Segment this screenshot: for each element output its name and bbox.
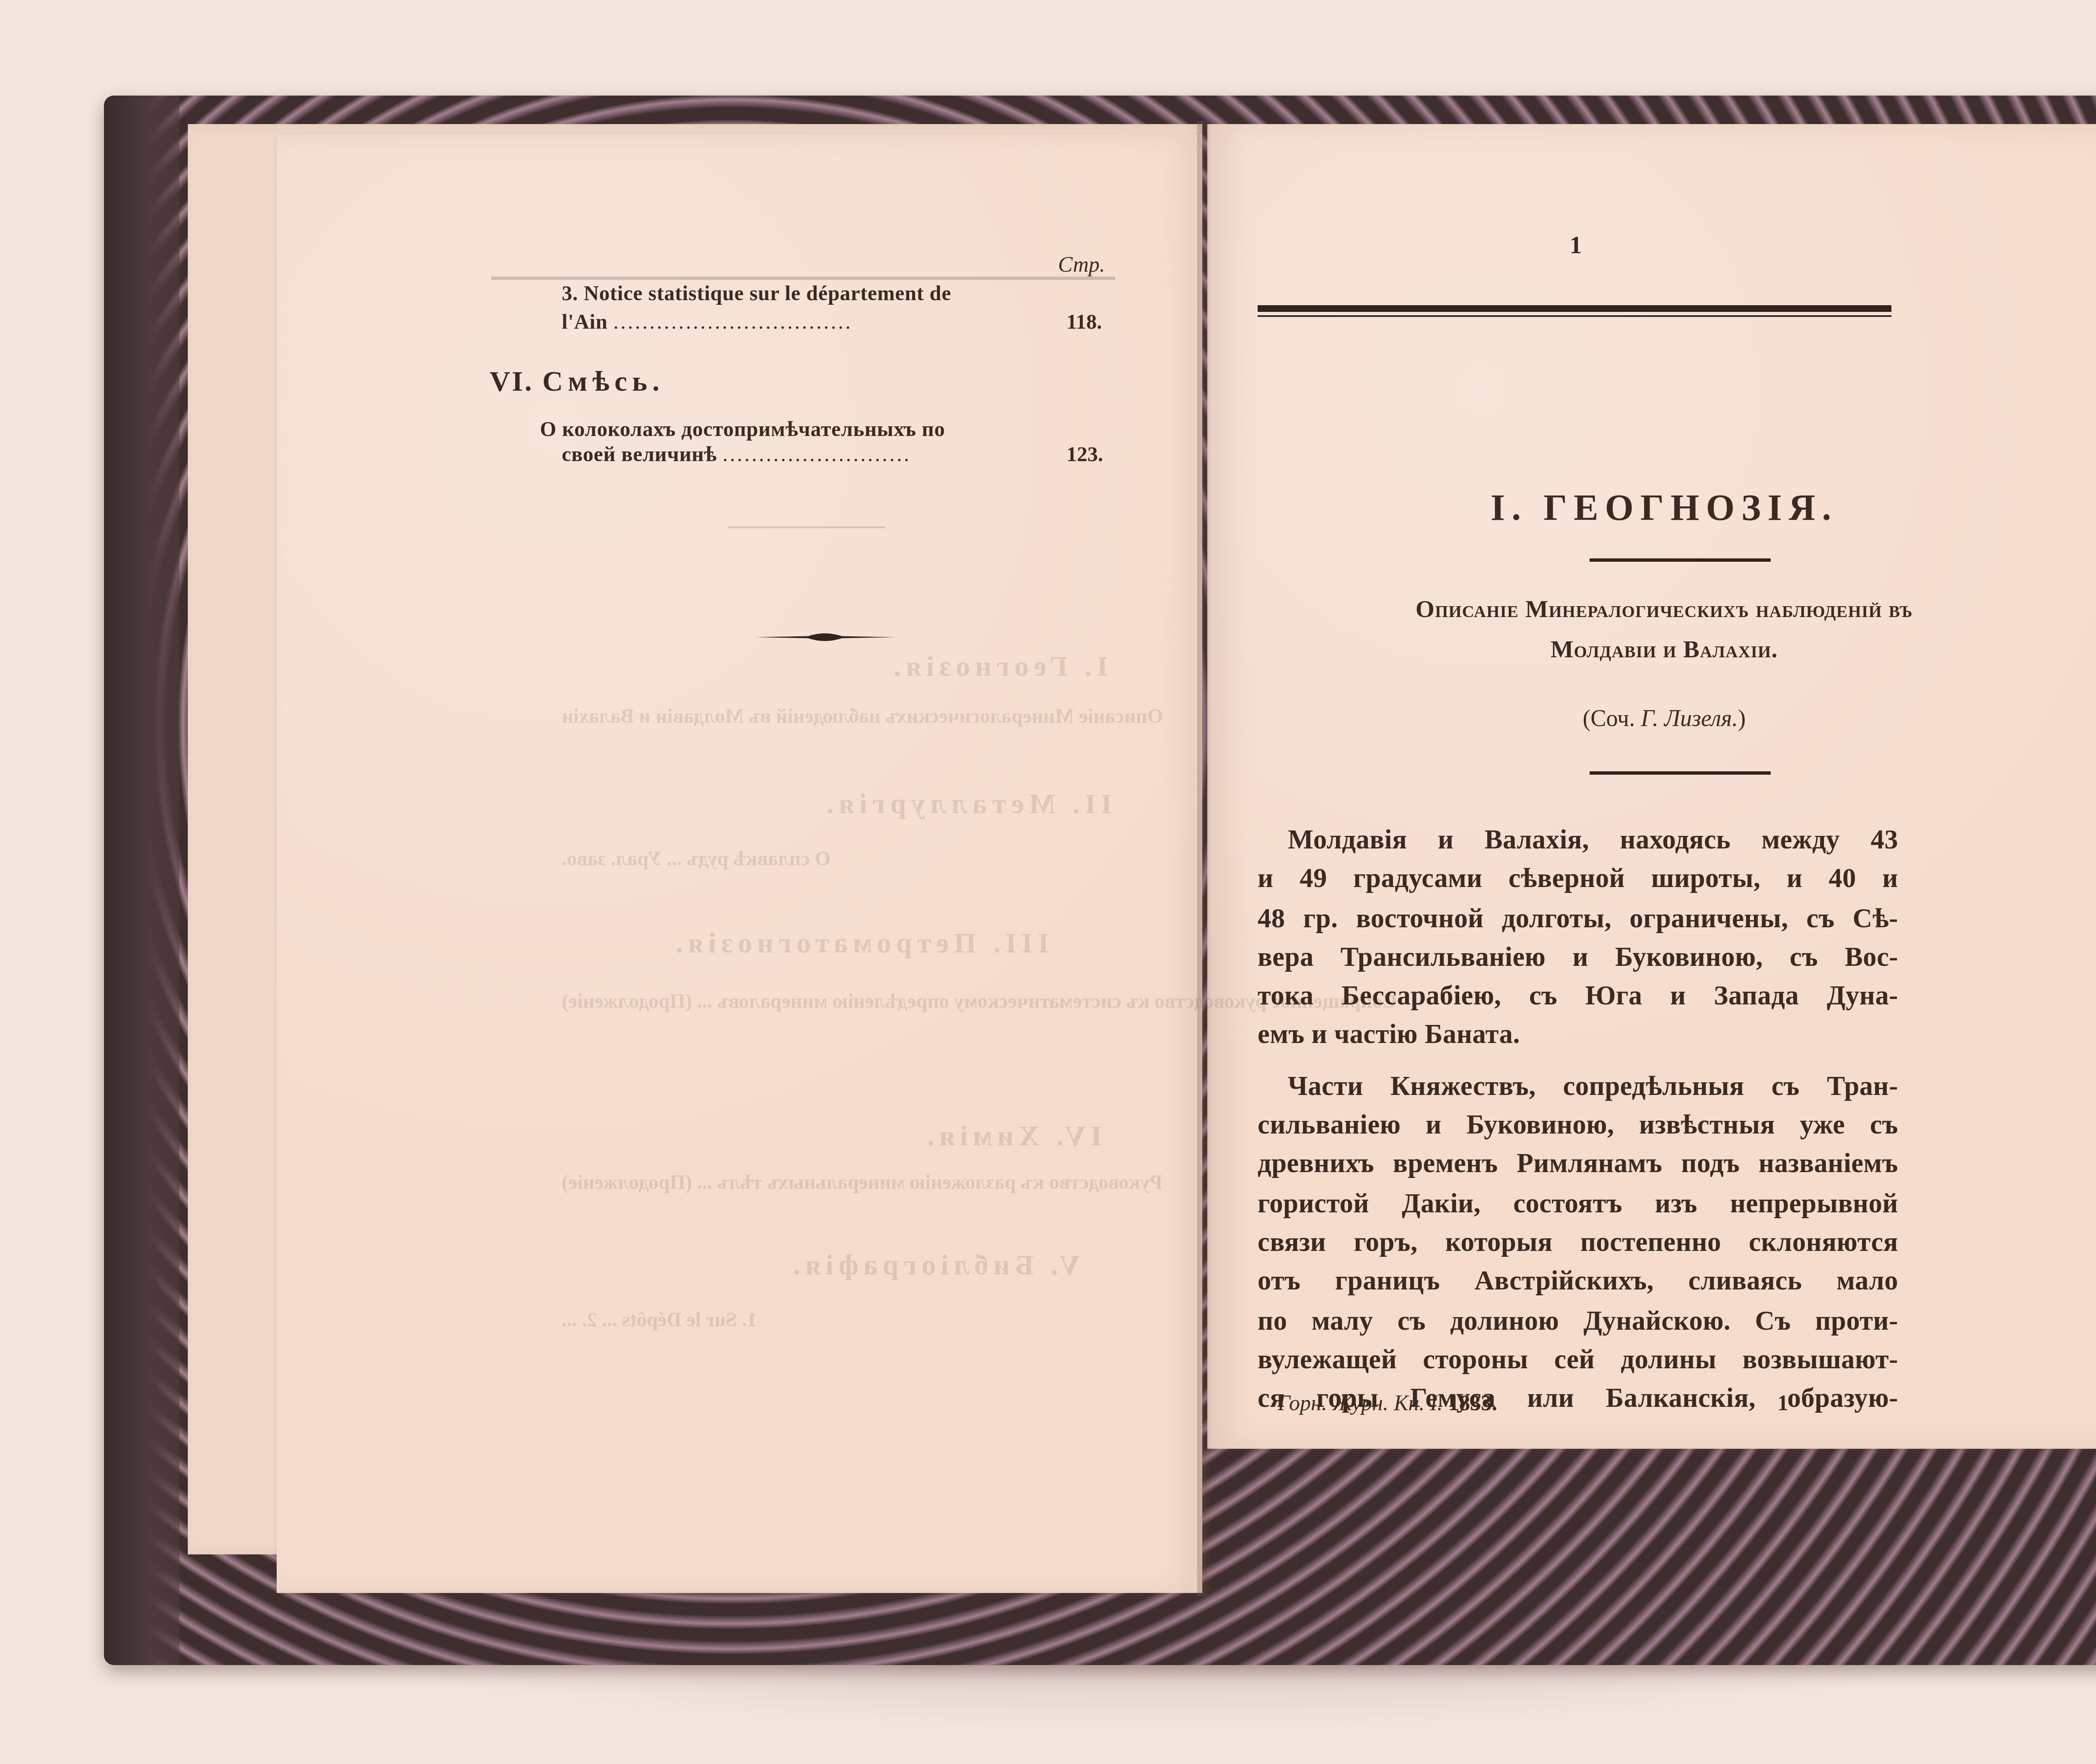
body-line: тока Бессарабіею, съ Юга и Запада Дуна-	[1258, 978, 1898, 1017]
title-rule	[1590, 558, 1771, 562]
toc-page-column-label: Стр.	[1058, 252, 1105, 278]
toc-entry-text: своей величинѣ	[562, 443, 717, 466]
show-through-text: IV. Химія.	[922, 1120, 1102, 1154]
signature-year: 1833.	[1448, 1390, 1497, 1415]
toc-entry-line: l'Ain .................................	[562, 310, 853, 335]
toc-entry-line: О колоколахъ достопримѣчательныхъ по	[540, 418, 945, 443]
body-line: древнихъ временъ Римлянамъ подъ названіе…	[1258, 1146, 1898, 1185]
section-numeral: VI.	[490, 366, 534, 397]
page-number-top: 1	[1569, 233, 1582, 262]
body-line: и 49 градусами сѣверной широты, и 40 и	[1258, 861, 1898, 900]
body-line: вулежащей стороны сей долины возвышают-	[1258, 1341, 1898, 1380]
show-through-text: О сплавкѣ рудъ ... Урал. заво.	[562, 847, 830, 872]
show-through-text: V. Библіографія.	[788, 1249, 1080, 1283]
show-through-text: II. Металлургія.	[822, 788, 1112, 822]
byline-prefix: (Соч.	[1583, 708, 1635, 733]
leader-dots: ..........................	[723, 443, 911, 466]
section-title: Смѣсь.	[542, 366, 664, 397]
article-title-line: Молдавіи и Валахіи.	[1241, 630, 2088, 671]
body-line: вера Трансильваніею и Буковиною, съ Вос-	[1258, 939, 1898, 978]
signature-text: Горн. Журн. Кн. I.	[1278, 1390, 1443, 1415]
show-through-text: Руководство къ разложенію минеральныхъ т…	[562, 1170, 1162, 1196]
toc-entry-line: 3. Notice statistique sur le département…	[562, 282, 951, 307]
byline-suffix: )	[1738, 708, 1746, 733]
paragraph: Молдавія и Валахія, находясь между 43 и …	[1258, 822, 1898, 1056]
signature-mark: Горн. Журн. Кн. I. 1833.	[1278, 1390, 1497, 1417]
body-line: гористой Дакіи, состоятъ изъ непрерывной	[1258, 1185, 1898, 1224]
byline: (Соч. Г. Лизеля.)	[1207, 708, 2096, 734]
article-title: Описаніе Минералогическихъ наблюденій въ…	[1241, 590, 2088, 671]
toc-header-rule	[491, 277, 1115, 280]
toc-page-number: 123.	[1066, 443, 1103, 468]
ornament-rule-icon	[755, 630, 895, 644]
show-through-text: 1. Sur le Dépôts ... 2. ...	[562, 1308, 757, 1333]
header-double-rule	[1258, 305, 1891, 317]
toc-page-number: 118.	[1066, 310, 1102, 335]
show-through-text: III. Петроматогнозія.	[671, 927, 1049, 961]
body-line: Молдавія и Валахія, находясь между 43	[1258, 822, 1898, 861]
faint-rule	[728, 527, 885, 528]
byline-rule	[1590, 771, 1771, 774]
leader-dots: .................................	[613, 310, 853, 334]
show-through-text: I. Геогнозія.	[889, 651, 1108, 684]
article-title-line: Описаніе Минералогическихъ наблюденій въ	[1241, 590, 2088, 630]
article-body: Молдавія и Валахія, находясь между 43 и …	[1258, 822, 1898, 1419]
body-line: отъ границъ Австрійскихъ, сливаясь мало	[1258, 1263, 1898, 1302]
body-line: по малу съ долиною Дунайскою. Съ проти-	[1258, 1302, 1898, 1341]
toc-section-heading: VI. Смѣсь.	[490, 366, 664, 399]
cover-left-edge	[104, 96, 179, 1665]
byline-author: Г. Лизеля.	[1641, 708, 1738, 733]
book-photo: Стр. 3. Notice statistique sur le départ…	[0, 0, 2096, 1764]
show-through-text: Описаніе Минералогическихъ наблюденій въ…	[562, 704, 1163, 729]
toc-entry-line: своей величинѣ .........................…	[562, 443, 911, 468]
book-gutter	[1197, 121, 1211, 1596]
body-line: Части Княжествъ, сопредѣльныя съ Тран-	[1258, 1068, 1898, 1107]
body-line: емъ и частію Баната.	[1258, 1017, 1898, 1056]
section-title: I. ГЕОГНОЗІЯ.	[1207, 486, 2096, 530]
body-line: сильваніею и Буковиною, извѣстныя уже съ	[1258, 1107, 1898, 1146]
paragraph: Части Княжествъ, сопредѣльныя съ Тран- с…	[1258, 1068, 1898, 1419]
body-line: 48 гр. восточной долготы, ограничены, съ…	[1258, 900, 1898, 939]
signature-number: 1	[1777, 1390, 1788, 1417]
toc-entry-text: l'Ain	[562, 310, 608, 334]
body-line: связи горъ, которыя постепенно склоняютс…	[1258, 1224, 1898, 1263]
